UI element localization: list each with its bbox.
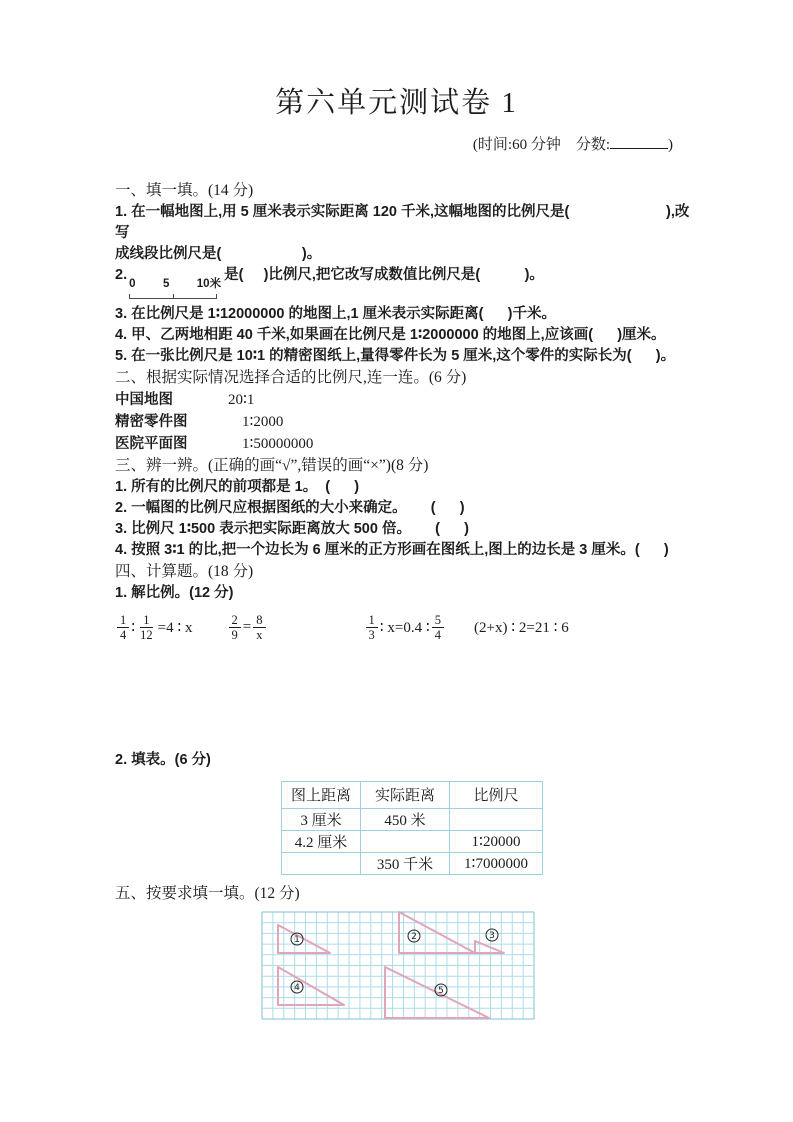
cell-scale: 1∶7000000 (450, 852, 543, 874)
triangle-label-number: 2 (411, 932, 417, 942)
judge-item-3: 3. 比例尺 1∶500 表示把实际距离放大 500 倍。 ( ) (115, 519, 693, 540)
question-5: 5. 在一张比例尺是 10∶1 的精密图纸上,量得零件长为 5 厘米,这个零件的… (115, 346, 693, 367)
equation-middle: ∶ x=0.4 ∶ (380, 618, 430, 637)
proportion-equations: 14∶112=4 ∶ x 29=8x 13∶ x=0.4 ∶54 (2+x) ∶… (115, 614, 693, 642)
match-row-hospital-plan: 医院平面图1∶50000000 (115, 433, 693, 455)
judge-item-4: 4. 按照 3∶1 的比,把一个边长为 6 厘米的正方形画在图纸上,图上的边长是… (115, 540, 693, 561)
scale-tick-10 (216, 294, 217, 299)
working-space (115, 642, 693, 750)
section-4-sub-1: 1. 解比例。(12 分) (115, 583, 693, 604)
section-4-heading: 四、计算题。(18 分) (115, 561, 693, 583)
triangle-label-number: 3 (489, 931, 495, 941)
fraction: 29 (229, 614, 241, 642)
match-row-precision-part: 精密零件图1∶2000 (115, 411, 693, 433)
table-header-row: 图上距离 实际距离 比例尺 (282, 781, 543, 808)
match-left-label: 医院平面图 (115, 433, 228, 455)
cell-map-distance-blank (282, 852, 361, 874)
page-title: 第六单元测试卷 1 (0, 0, 793, 121)
triangle-label-number: 5 (438, 986, 444, 996)
match-right-scale: 1∶2000 (228, 411, 283, 433)
table-row: 4.2 厘米 1∶20000 (282, 830, 543, 852)
table-row: 3 厘米 450 米 (282, 808, 543, 830)
match-right-scale: 20∶1 (228, 389, 254, 411)
question-2: 2.0510米是( )比例尺,把它改写成数值比例尺是( )。 (115, 265, 693, 304)
exam-page: 第六单元测试卷 1 (时间:60 分钟 分数:) 一、填一填。(14 分) 1.… (0, 0, 793, 1122)
question-3: 3. 在比例尺是 1∶12000000 的地图上,1 厘米表示实际距离( )千米… (115, 304, 693, 325)
proportion-equation-3: 13∶ x=0.4 ∶54 (364, 614, 447, 642)
scale-label-0: 0 (129, 278, 135, 290)
question-2-number: 2. (115, 267, 127, 283)
scale-tick-0 (129, 294, 130, 299)
equals-sign: = (243, 619, 251, 636)
meta-time-score-label: (时间:60 分钟 分数: (473, 137, 610, 153)
ratio-colon: ∶ (131, 618, 135, 637)
section-4-sub-2: 2. 填表。(6 分) (115, 750, 693, 771)
proportion-equation-4: (2+x) ∶ 2=21 ∶ 6 (474, 618, 569, 637)
header-map-distance: 图上距离 (282, 781, 361, 808)
proportion-equation-1: 14∶112=4 ∶ x (115, 614, 193, 642)
section-1-heading: 一、填一填。(14 分) (115, 180, 693, 202)
scale-label-10m: 10米 (197, 278, 221, 290)
triangle-1 (278, 925, 330, 953)
cell-scale-blank (450, 808, 543, 830)
judge-item-2: 2. 一幅图的比例尺应根据图纸的大小来确定。 ( ) (115, 498, 693, 519)
cell-scale: 1∶20000 (450, 830, 543, 852)
question-4: 4. 甲、乙两地相距 40 千米,如果画在比例尺是 1∶2000000 的地图上… (115, 325, 693, 346)
match-left-label: 中国地图 (115, 389, 228, 411)
segment-scale-figure: 0510米 (129, 278, 221, 304)
scale-tick-5 (173, 294, 174, 299)
triangle-5 (385, 967, 489, 1018)
triangle-label-number: 4 (294, 983, 300, 993)
question-2-text: 是( )比例尺,把它改写成数值比例尺是( )。 (224, 267, 544, 283)
match-left-label: 精密零件图 (115, 411, 228, 433)
score-blank (610, 134, 668, 149)
cell-actual-distance: 450 米 (361, 808, 450, 830)
fraction: 13 (366, 614, 378, 642)
table-row: 350 千米 1∶7000000 (282, 852, 543, 874)
grid-figure: 12345 (261, 911, 535, 1020)
fraction: 112 (137, 614, 156, 642)
exam-body: 一、填一填。(14 分) 1. 在一幅地图上,用 5 厘米表示实际距离 120 … (115, 180, 693, 1020)
scale-label-5: 5 (163, 278, 169, 290)
question-1-line-1: 1. 在一幅地图上,用 5 厘米表示实际距离 120 千米,这幅地图的比例尺是(… (115, 202, 693, 244)
fraction: 8x (253, 614, 265, 642)
cell-actual-distance: 350 千米 (361, 852, 450, 874)
question-1-line-2: 成线段比例尺是( )。 (115, 244, 693, 265)
section-3-heading: 三、辨一辨。(正确的画“√”,错误的画“×”)(8 分) (115, 455, 693, 477)
header-actual-distance: 实际距离 (361, 781, 450, 808)
judge-item-1: 1. 所有的比例尺的前项都是 1。 ( ) (115, 477, 693, 498)
proportion-equation-2: 29=8x (227, 614, 268, 642)
fraction: 54 (432, 614, 444, 642)
cell-map-distance: 4.2 厘米 (282, 830, 361, 852)
exam-meta: (时间:60 分钟 分数:) (0, 133, 793, 154)
meta-close-paren: ) (668, 137, 673, 153)
match-right-scale: 1∶50000000 (228, 433, 313, 455)
triangle-label-number: 1 (294, 935, 300, 945)
cell-actual-distance-blank (361, 830, 450, 852)
equation-tail: =4 ∶ x (158, 618, 193, 637)
match-row-china-map: 中国地图20∶1 (115, 389, 693, 411)
fraction: 14 (117, 614, 129, 642)
triangle-4 (278, 967, 344, 1005)
segment-scale-labels: 0510米 (129, 278, 221, 290)
cell-map-distance: 3 厘米 (282, 808, 361, 830)
section-5-heading: 五、按要求填一填。(12 分) (115, 883, 693, 905)
grid-figure-wrap: 12345 (261, 911, 693, 1020)
header-scale: 比例尺 (450, 781, 543, 808)
section-2-heading: 二、根据实际情况选择合适的比例尺,连一连。(6 分) (115, 367, 693, 389)
fill-in-table: 图上距离 实际距离 比例尺 3 厘米 450 米 4.2 厘米 1∶20000 … (281, 781, 543, 875)
